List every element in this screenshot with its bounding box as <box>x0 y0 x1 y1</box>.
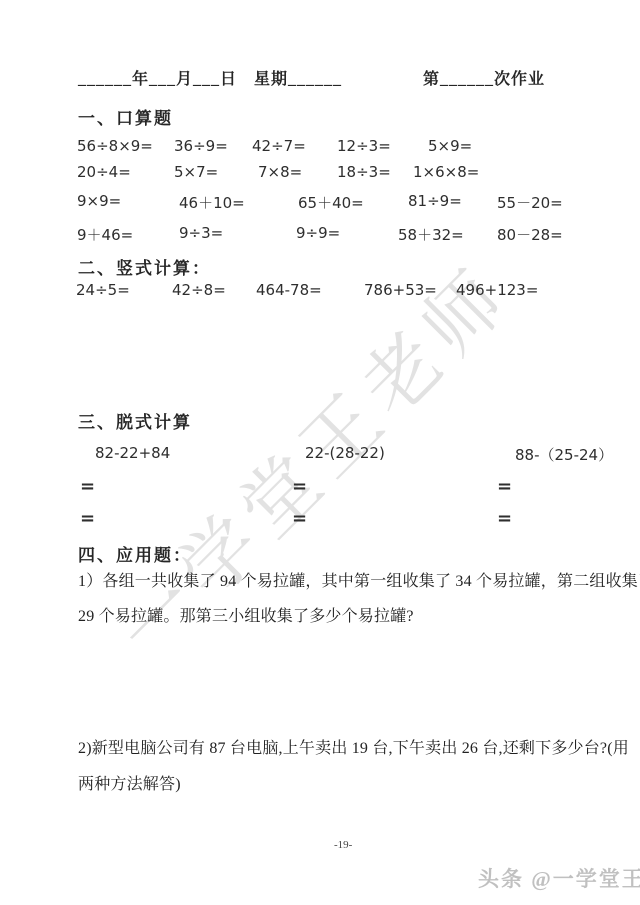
oral-problem: 58＋32= <box>398 224 464 245</box>
oral-problem: 5×7= <box>174 163 218 181</box>
word-problem-2-line-2: 两种方法解答) <box>78 771 181 794</box>
step-expression: 22-(28-22) <box>305 444 385 462</box>
section1-title: 一、口算题 <box>78 104 173 129</box>
oral-problem: 55－20= <box>497 192 563 213</box>
oral-problem: 56÷8×9= <box>77 137 153 155</box>
oral-problem: 12÷3= <box>337 137 391 155</box>
oral-problem: 20÷4= <box>77 163 131 181</box>
word-problem-1-line-2: 29 个易拉罐。那第三小组收集了多少个易拉罐? <box>78 603 414 626</box>
vertical-problem: 24÷5= <box>76 281 130 299</box>
section2-title: 二、竖式计算： <box>78 254 211 279</box>
date-blank-line: ______年___月___日 星期______ <box>78 66 342 89</box>
word-problem-2-line-1: 2)新型电脑公司有 87 台电脑,上午卖出 19 台,下午卖出 26 台,还剩下… <box>78 735 629 758</box>
oral-problem: 9÷9= <box>296 224 340 242</box>
oral-problem: 7×8= <box>258 163 302 181</box>
equals-sign: = <box>292 508 307 529</box>
vertical-problem: 496+123= <box>456 281 538 299</box>
section3-title: 三、脱式计算 <box>78 408 192 433</box>
equals-sign: = <box>497 508 512 529</box>
worksheet-page: 一学堂王老师 ______年___月___日 星期______ 第______次… <box>0 0 640 905</box>
oral-problem: 81÷9= <box>408 192 462 210</box>
oral-problem: 42÷7= <box>252 137 306 155</box>
oral-problem: 36÷9= <box>174 137 228 155</box>
oral-problem: 5×9= <box>428 137 472 155</box>
equals-sign: = <box>80 476 95 497</box>
page-number: -19- <box>334 839 352 851</box>
credit-watermark: 头条 @一学堂王老师 <box>478 863 640 893</box>
oral-problem: 18÷3= <box>337 163 391 181</box>
oral-problem: 1×6×8= <box>413 163 479 181</box>
step-expression: 82-22+84 <box>95 444 170 462</box>
section4-title: 四、应用题： <box>78 541 192 566</box>
equals-sign: = <box>292 476 307 497</box>
equals-sign: = <box>497 476 512 497</box>
oral-problem: 9＋46= <box>77 224 133 245</box>
vertical-problem: 464-78= <box>256 281 322 299</box>
vertical-problem: 786+53= <box>364 281 437 299</box>
oral-problem: 65＋40= <box>298 192 364 213</box>
vertical-problem: 42÷8= <box>172 281 226 299</box>
oral-problem: 9÷3= <box>179 224 223 242</box>
step-expression: 88-（25-24） <box>515 444 613 465</box>
oral-problem: 9×9= <box>77 192 121 210</box>
oral-problem: 46＋10= <box>179 192 245 213</box>
assignment-number-line: 第______次作业 <box>423 66 545 89</box>
word-problem-1-line-1: 1）各组一共收集了 94 个易拉罐，其中第一组收集了 34 个易拉罐，第二组收集… <box>78 568 640 591</box>
equals-sign: = <box>80 508 95 529</box>
oral-problem: 80－28= <box>497 224 563 245</box>
